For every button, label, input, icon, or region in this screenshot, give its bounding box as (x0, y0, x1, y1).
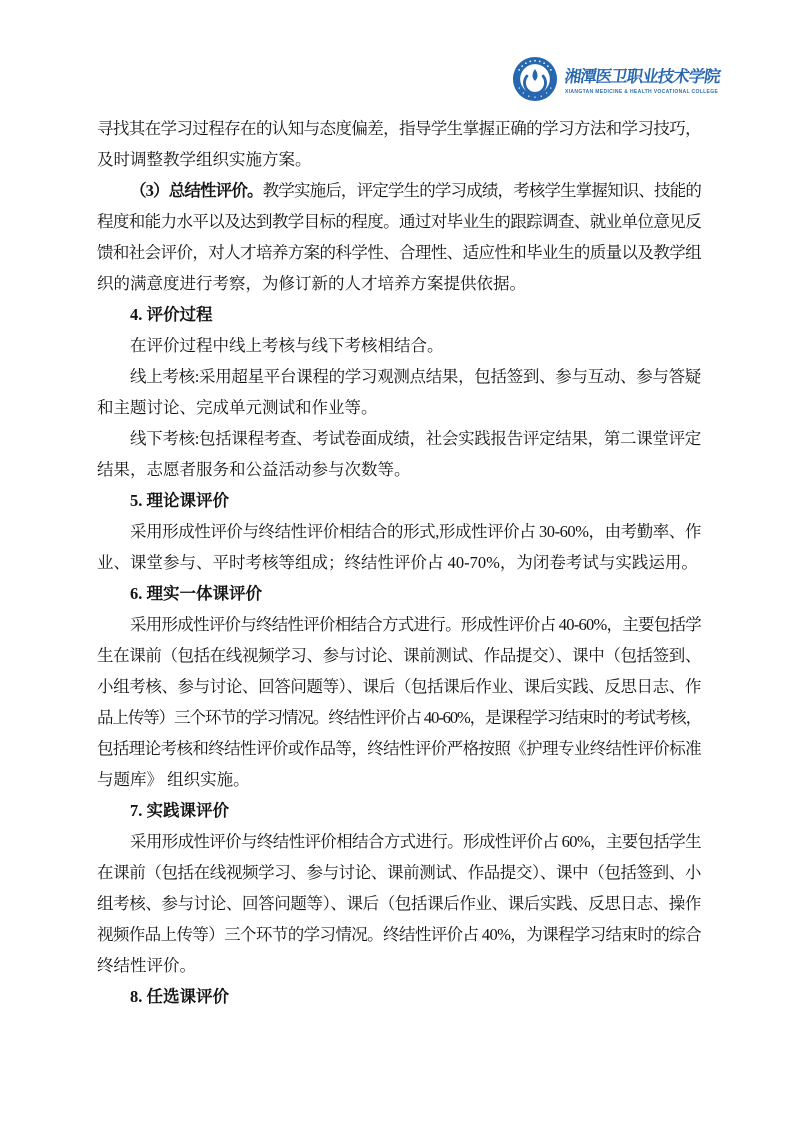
paragraph: 线下考核:包括课程考查、考试卷面成绩，社会实践报告评定结果，第二课堂评定结果，志… (97, 423, 701, 485)
text-line: 采用形成性评价与终结性评价相结合方式进行。形成性评价占 40-60%，主要包括学 (97, 609, 701, 640)
text-line: 在课前（包括在线视频学习、参与讨论、课前测试、作品提交）、课中（包括签到、小 (97, 857, 701, 888)
text-line: 织的满意度进行考察，为修订新的人才培养方案提供依据。 (97, 268, 701, 299)
paragraph: 采用形成性评价与终结性评价相结合方式进行。形成性评价占 40-60%，主要包括学… (97, 609, 701, 795)
text-line: 品上传等）三个环节的学习情况。终结性评价占 40-60%，是课程学习结束时的考试… (97, 702, 701, 733)
heading-line: 8. 任选课评价 (97, 981, 701, 1012)
text-line: 和主题讨论、完成单元测试和作业等。 (97, 392, 701, 423)
heading-line: 7. 实践课评价 (97, 795, 701, 826)
text-line: 在评价过程中线上考核与线下考核相结合。 (97, 330, 701, 361)
text-line: 寻找其在学习过程存在的认知与态度偏差，指导学生掌握正确的学习方法和学习技巧， (97, 113, 701, 144)
paragraph: 线上考核:采用超星平台课程的学习观测点结果，包括签到、参与互动、参与答疑和主题讨… (97, 361, 701, 423)
text-line: 馈和社会评价，对人才培养方案的科学性、合理性、适应性和毕业生的质量以及教学组 (97, 237, 701, 268)
heading: 7. 实践课评价 (97, 795, 701, 826)
text-line: 生在课前（包括在线视频学习、参与讨论、课前测试、作品提交）、课中（包括签到、 (97, 640, 701, 671)
text-line: 包括理论考核和终结性评价或作品等，终结性评价严格按照《护理专业终结性评价标准 (97, 733, 701, 764)
paragraph: 在评价过程中线上考核与线下考核相结合。 (97, 330, 701, 361)
text-line: 终结性评价。 (97, 950, 701, 981)
text-line: 程度和能力水平以及达到教学目标的程度。通过对毕业生的跟踪调查、就业单位意见反 (97, 206, 701, 237)
text-line: 线上考核:采用超星平台课程的学习观测点结果，包括签到、参与互动、参与答疑 (97, 361, 701, 392)
text-line: 采用形成性评价与终结性评价相结合的形式,形成性评价占 30-60%，由考勤率、作 (97, 516, 701, 547)
paragraph: 采用形成性评价与终结性评价相结合方式进行。形成性评价占 60%，主要包括学生在课… (97, 826, 701, 981)
college-name-block: 湘潭医卫职业技术学院 XIANGTAN MEDICINE & HEALTH VO… (565, 63, 720, 96)
heading: 8. 任选课评价 (97, 981, 701, 1012)
heading-line: 6. 理实一体课评价 (97, 578, 701, 609)
text-line: 及时调整教学组织实施方案。 (97, 144, 701, 175)
college-name-en: XIANGTAN MEDICINE & HEALTH VOCATIONAL CO… (565, 89, 720, 95)
heading-line: 4. 评价过程 (97, 299, 701, 330)
text-line: 视频作品上传等）三个环节的学习情况。终结性评价占 40%，为课程学习结束时的综合 (97, 919, 701, 950)
text-line: 小组考核、参与讨论、回答问题等）、课后（包括课后作业、课后实践、反思日志、作 (97, 671, 701, 702)
heading: 5. 理论课评价 (97, 485, 701, 516)
text-line: 线下考核:包括课程考查、考试卷面成绩，社会实践报告评定结果，第二课堂评定 (97, 423, 701, 454)
text-line: 业、课堂参与、平时考核等组成；终结性评价占 40-70%，为闭卷考试与实践运用。 (97, 547, 701, 578)
text-line: （3）总结性评价。教学实施后，评定学生的学习成绩，考核学生掌握知识、技能的 (97, 175, 701, 206)
paragraph: 寻找其在学习过程存在的认知与态度偏差，指导学生掌握正确的学习方法和学习技巧，及时… (97, 113, 701, 175)
heading-line: 5. 理论课评价 (97, 485, 701, 516)
text-line: 与题库》 组织实施。 (97, 764, 701, 795)
document-page: 湘潭医卫职业技术学院 XIANGTAN MEDICINE & HEALTH VO… (0, 0, 793, 1122)
heading: 4. 评价过程 (97, 299, 701, 330)
document-body: 寻找其在学习过程存在的认知与态度偏差，指导学生掌握正确的学习方法和学习技巧，及时… (97, 113, 701, 1012)
paragraph: 采用形成性评价与终结性评价相结合的形式,形成性评价占 30-60%，由考勤率、作… (97, 516, 701, 578)
heading: 6. 理实一体课评价 (97, 578, 701, 609)
college-name-zh: 湘潭医卫职业技术学院 (563, 63, 721, 87)
text-line: 采用形成性评价与终结性评价相结合方式进行。形成性评价占 60%，主要包括学生 (97, 826, 701, 857)
paragraph: （3）总结性评价。教学实施后，评定学生的学习成绩，考核学生掌握知识、技能的程度和… (97, 175, 701, 299)
college-emblem-icon (512, 56, 558, 102)
college-logo: 湘潭医卫职业技术学院 XIANGTAN MEDICINE & HEALTH VO… (512, 56, 720, 102)
text-line: 结果，志愿者服务和公益活动参与次数等。 (97, 454, 701, 485)
text-line: 组考核、参与讨论、回答问题等）、课后（包括课后作业、课后实践、反思日志、操作 (97, 888, 701, 919)
